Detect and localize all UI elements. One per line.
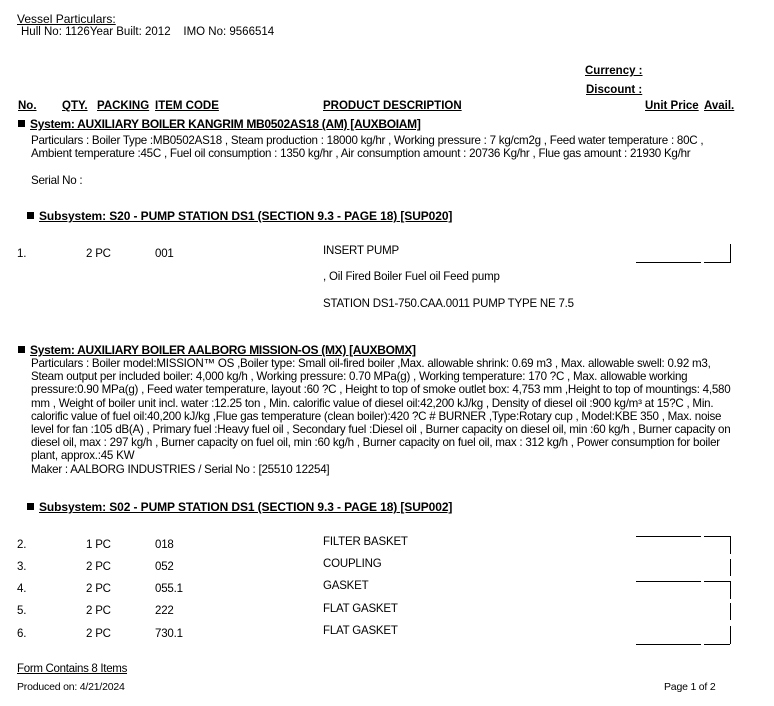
item-qty: 1 PC — [86, 539, 111, 551]
item-no: 6. — [17, 628, 26, 640]
avail-field-border — [730, 603, 731, 620]
item-no: 1. — [17, 248, 26, 260]
vessel-info-line: Hull No: 1126Year Built: 2012 IMO No: 95… — [21, 26, 274, 38]
item-description: FLAT GASKET — [323, 603, 398, 615]
col-packing: PACKING — [97, 100, 149, 112]
bullet-square-icon — [18, 120, 25, 127]
system-particulars: Particulars : Boiler Type :MB0502AS18 , … — [31, 134, 743, 160]
item-qty: 2 PC — [86, 605, 111, 617]
avail-field[interactable] — [704, 581, 730, 582]
item-qty: 2 PC — [86, 583, 111, 595]
bullet-square-icon — [27, 503, 34, 510]
item-description: INSERT PUMP — [323, 245, 399, 257]
item-no: 4. — [17, 583, 26, 595]
vessel-particulars-heading: Vessel Particulars: — [17, 12, 116, 26]
system-particulars: Particulars : Boiler model:MISSION™ OS ,… — [31, 357, 743, 463]
subsystem-title: Subsystem: S02 - PUMP STATION DS1 (SECTI… — [39, 500, 452, 514]
system-title: System: AUXILIARY BOILER KANGRIM MB0502A… — [30, 117, 421, 131]
col-item-code: ITEM CODE — [155, 100, 219, 112]
currency-label: Currency : — [585, 65, 643, 77]
avail-field[interactable] — [704, 644, 730, 645]
discount-label: Discount : — [586, 84, 642, 96]
item-description: COUPLING — [323, 558, 381, 570]
item-code: 001 — [155, 248, 174, 260]
item-description-line-2: , Oil Fired Boiler Fuel oil Feed pump — [323, 271, 500, 283]
item-description: GASKET — [323, 580, 368, 592]
item-no: 5. — [17, 605, 26, 617]
item-no: 3. — [17, 561, 26, 573]
avail-field-border — [730, 244, 731, 263]
avail-field[interactable] — [704, 262, 730, 263]
item-qty: 2 PC — [86, 561, 111, 573]
col-product-description: PRODUCT DESCRIPTION — [323, 100, 462, 112]
item-qty: 2 PC — [86, 628, 111, 640]
item-no: 2. — [17, 539, 26, 551]
item-description-line-3: STATION DS1-750.CAA.0011 PUMP TYPE NE 7.… — [323, 298, 574, 310]
avail-field-border — [730, 559, 731, 576]
item-code: 052 — [155, 561, 174, 573]
col-no: No. — [18, 100, 37, 112]
unit-price-field[interactable] — [636, 644, 701, 645]
subsystem-heading: Subsystem: S02 - PUMP STATION DS1 (SECTI… — [27, 498, 452, 516]
item-code: 055.1 — [155, 583, 183, 595]
avail-field-border — [730, 581, 731, 599]
bullet-square-icon — [18, 346, 25, 353]
subsystem-heading: Subsystem: S20 - PUMP STATION DS1 (SECTI… — [27, 207, 452, 225]
unit-price-field[interactable] — [636, 536, 701, 537]
system-maker-serial: Maker : AALBORG INDUSTRIES / Serial No :… — [31, 463, 743, 476]
unit-price-field[interactable] — [636, 581, 701, 582]
col-qty: QTY. — [62, 100, 88, 112]
system-heading: System: AUXILIARY BOILER KANGRIM MB0502A… — [18, 115, 421, 133]
system-title: System: AUXILIARY BOILER AALBORG MISSION… — [30, 343, 416, 357]
produced-on: Produced on: 4/21/2024 — [17, 681, 125, 693]
unit-price-field[interactable] — [636, 262, 701, 263]
item-code: 730.1 — [155, 628, 183, 640]
item-description: FLAT GASKET — [323, 625, 398, 637]
item-description: FILTER BASKET — [323, 536, 408, 548]
item-qty: 2 PC — [86, 248, 111, 260]
subsystem-title: Subsystem: S20 - PUMP STATION DS1 (SECTI… — [39, 209, 452, 223]
page-number: Page 1 of 2 — [664, 681, 716, 693]
item-code: 222 — [155, 605, 174, 617]
col-avail: Avail. — [704, 100, 734, 112]
avail-field-border — [730, 626, 731, 644]
avail-field-border — [730, 536, 731, 554]
system-serial: Serial No : — [31, 174, 743, 187]
col-unit-price: Unit Price — [645, 100, 699, 112]
item-count: Form Contains 8 Items — [17, 663, 127, 675]
avail-field[interactable] — [704, 536, 730, 537]
bullet-square-icon — [27, 212, 34, 219]
item-code: 018 — [155, 539, 174, 551]
